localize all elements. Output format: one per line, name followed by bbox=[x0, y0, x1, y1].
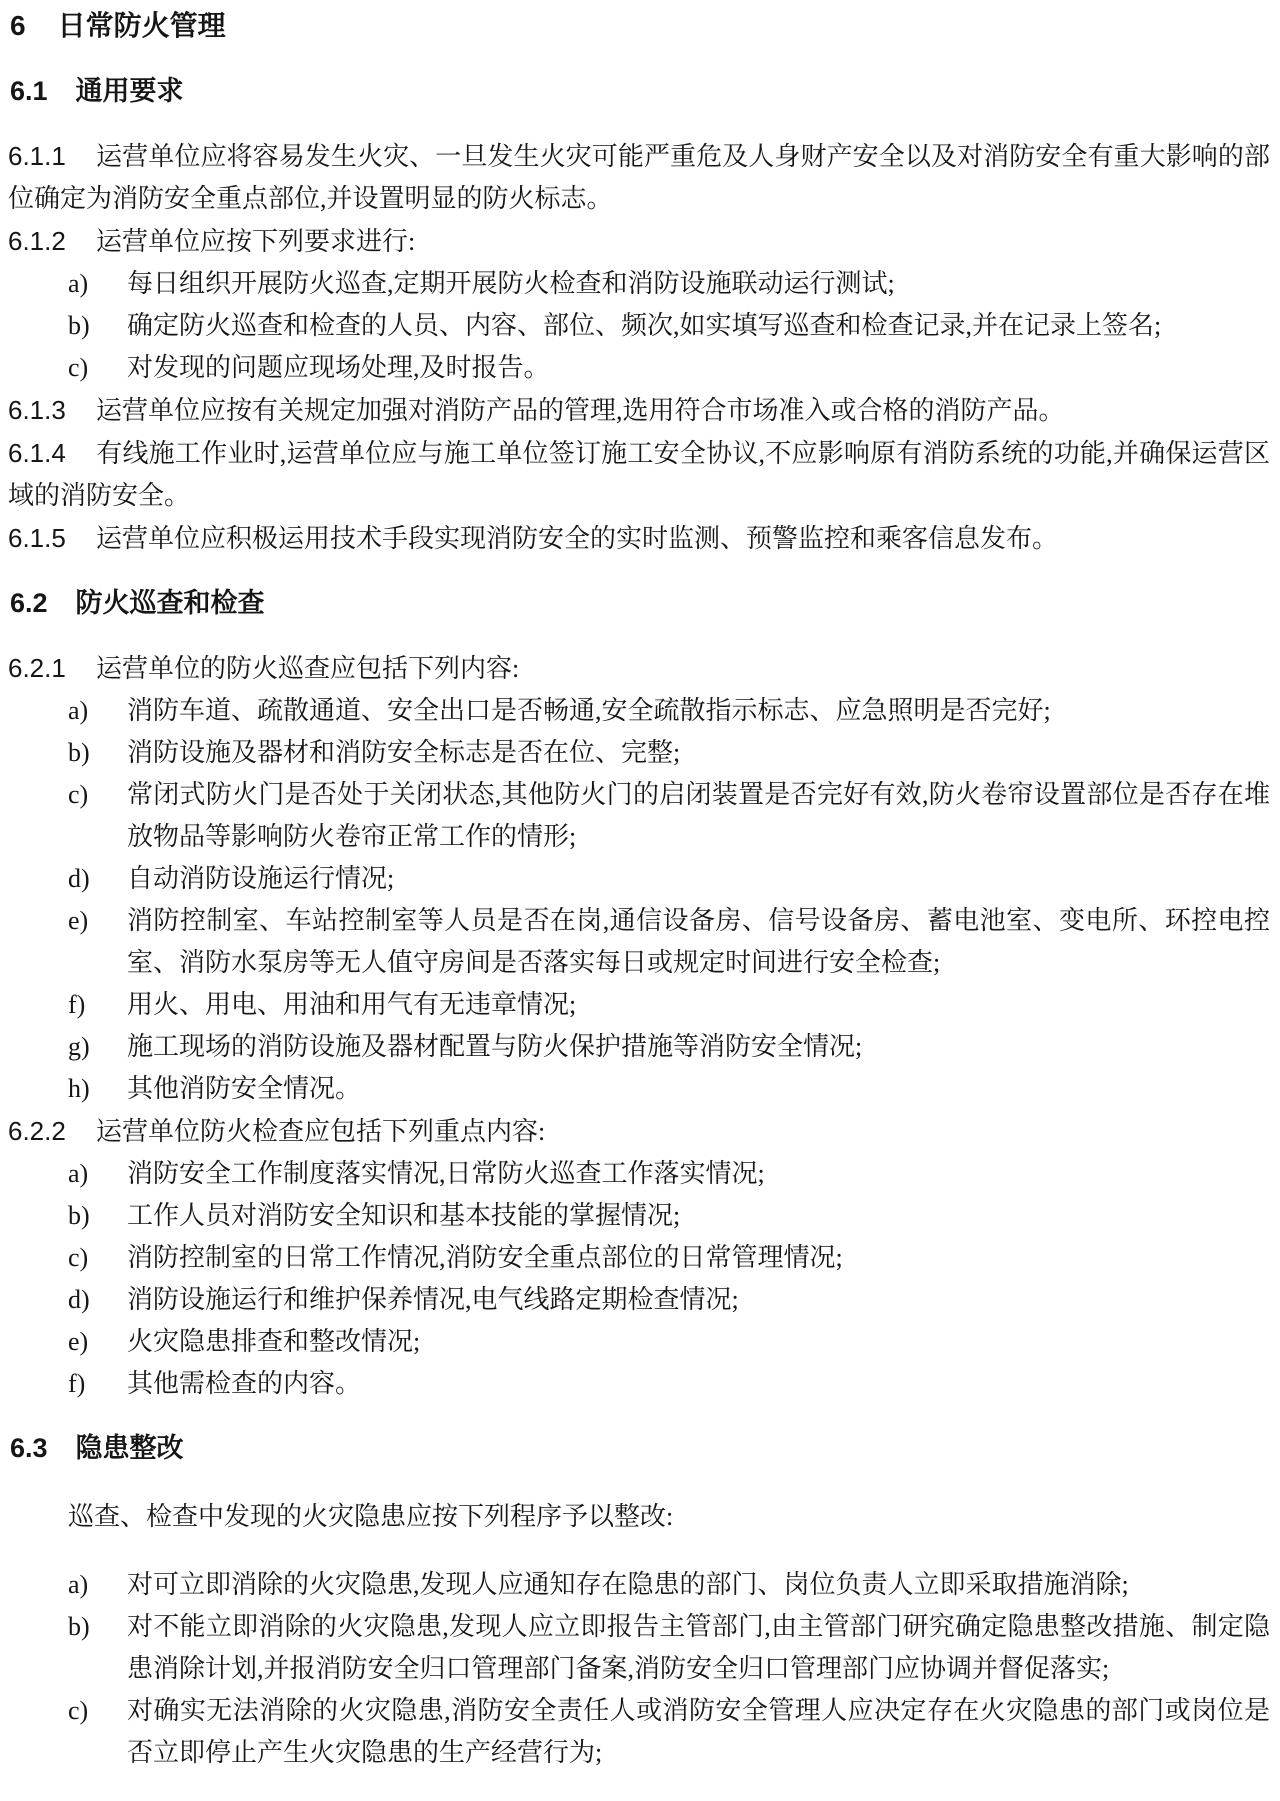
list-item-label: b) bbox=[68, 305, 127, 347]
section-6-1: 6.1 通用要求 6.1.1运营单位应将容易发生火灾、一旦发生火灾可能严重危及人… bbox=[8, 70, 1270, 560]
list-item-label: c) bbox=[68, 347, 127, 389]
list-item-label: g) bbox=[68, 1026, 127, 1068]
list-item-text: 用火、用电、用油和用气有无违章情况; bbox=[127, 984, 1270, 1026]
list-item: b) 确定防火巡查和检查的人员、内容、部位、频次,如实填写巡查和检查记录,并在记… bbox=[8, 305, 1270, 347]
list-item: c) 对确实无法消除的火灾隐患,消防安全责任人或消防安全管理人应决定存在火灾隐患… bbox=[8, 1690, 1270, 1774]
list-item-label: c) bbox=[68, 1690, 127, 1774]
section-title: 隐患整改 bbox=[76, 1427, 184, 1470]
list-item-text: 其他需检查的内容。 bbox=[127, 1363, 1270, 1405]
list-item-text: 确定防火巡查和检查的人员、内容、部位、频次,如实填写巡查和检查记录,并在记录上签… bbox=[127, 305, 1270, 347]
list-item-text: 对确实无法消除的火灾隐患,消防安全责任人或消防安全管理人应决定存在火灾隐患的部门… bbox=[127, 1690, 1270, 1774]
list-item: a) 对可立即消除的火灾隐患,发现人应通知存在隐患的部门、岗位负责人立即采取措施… bbox=[8, 1564, 1270, 1606]
clause-6-1-4: 6.1.4有线施工作业时,运营单位应与施工单位签订施工安全协议,不应影响原有消防… bbox=[8, 432, 1270, 517]
list-item-text: 火灾隐患排查和整改情况; bbox=[127, 1321, 1270, 1363]
list-item-text: 常闭式防火门是否处于关闭状态,其他防火门的启闭装置是否完好有效,防火卷帘设置部位… bbox=[127, 774, 1270, 858]
section-6-2: 6.2 防火巡查和检查 6.2.1运营单位的防火巡查应包括下列内容: a) 消防… bbox=[8, 582, 1270, 1405]
list-item: b) 消防设施及器材和消防安全标志是否在位、完整; bbox=[8, 732, 1270, 774]
list-item-text: 工作人员对消防安全知识和基本技能的掌握情况; bbox=[127, 1195, 1270, 1237]
list-item: c) 常闭式防火门是否处于关闭状态,其他防火门的启闭装置是否完好有效,防火卷帘设… bbox=[8, 774, 1270, 858]
list-item-label: b) bbox=[68, 732, 127, 774]
list-item-label: d) bbox=[68, 858, 127, 900]
clause-number: 6.1.2 bbox=[8, 220, 70, 262]
clause-number: 6.2.2 bbox=[8, 1110, 70, 1152]
list-item: c) 对发现的问题应现场处理,及时报告。 bbox=[8, 347, 1270, 389]
list-item: a) 每日组织开展防火巡查,定期开展防火检查和消防设施联动运行测试; bbox=[8, 263, 1270, 305]
list-item: b) 对不能立即消除的火灾隐患,发现人应立即报告主管部门,由主管部门研究确定隐患… bbox=[8, 1606, 1270, 1690]
list-item-label: a) bbox=[68, 1564, 127, 1606]
list-item-text: 消防控制室、车站控制室等人员是否在岗,通信设备房、信号设备房、蓄电池室、变电所、… bbox=[127, 900, 1270, 984]
section-heading: 6.1 通用要求 bbox=[10, 70, 1270, 113]
clause-6-1-1: 6.1.1运营单位应将容易发生火灾、一旦发生火灾可能严重危及人身财产安全以及对消… bbox=[8, 135, 1270, 220]
section-6-3: 6.3 隐患整改 巡查、检查中发现的火灾隐患应按下列程序予以整改: a) 对可立… bbox=[8, 1427, 1270, 1774]
list-item: d) 消防设施运行和维护保养情况,电气线路定期检查情况; bbox=[8, 1279, 1270, 1321]
clause-6-1-2: 6.1.2运营单位应按下列要求进行: bbox=[8, 220, 1270, 263]
list-item-text: 每日组织开展防火巡查,定期开展防火检查和消防设施联动运行测试; bbox=[127, 263, 1270, 305]
list-item: a) 消防安全工作制度落实情况,日常防火巡查工作落实情况; bbox=[8, 1153, 1270, 1195]
list-item-text: 对发现的问题应现场处理,及时报告。 bbox=[127, 347, 1270, 389]
list-item-label: c) bbox=[68, 1237, 127, 1279]
chapter-title: 日常防火管理 bbox=[58, 4, 226, 48]
list-item-text: 消防设施运行和维护保养情况,电气线路定期检查情况; bbox=[127, 1279, 1270, 1321]
list-item-label: b) bbox=[68, 1606, 127, 1690]
chapter-heading: 6 日常防火管理 bbox=[10, 4, 1270, 48]
list-item-label: a) bbox=[68, 263, 127, 305]
list-item-label: d) bbox=[68, 1279, 127, 1321]
list-item-text: 消防控制室的日常工作情况,消防安全重点部位的日常管理情况; bbox=[127, 1237, 1270, 1279]
chapter-number: 6 bbox=[10, 4, 26, 48]
list-item-label: e) bbox=[68, 900, 127, 984]
clause-number: 6.2.1 bbox=[8, 647, 70, 689]
list-item-text: 消防车道、疏散通道、安全出口是否畅通,安全疏散指示标志、应急照明是否完好; bbox=[127, 690, 1270, 732]
list-item-text: 施工现场的消防设施及器材配置与防火保护措施等消防安全情况; bbox=[127, 1026, 1270, 1068]
clause-text: 运营单位应将容易发生火灾、一旦发生火灾可能严重危及人身财产安全以及对消防安全有重… bbox=[8, 142, 1270, 213]
clause-text: 运营单位应积极运用技术手段实现消防安全的实时监测、预警监控和乘客信息发布。 bbox=[96, 524, 1058, 553]
section-heading: 6.3 隐患整改 bbox=[10, 1427, 1270, 1470]
clause-text: 运营单位应按下列要求进行: bbox=[96, 227, 415, 256]
list-item: g) 施工现场的消防设施及器材配置与防火保护措施等消防安全情况; bbox=[8, 1026, 1270, 1068]
list-item: e) 消防控制室、车站控制室等人员是否在岗,通信设备房、信号设备房、蓄电池室、变… bbox=[8, 900, 1270, 984]
list-item-text: 其他消防安全情况。 bbox=[127, 1068, 1270, 1110]
section-number: 6.1 bbox=[10, 70, 48, 113]
list-item: h) 其他消防安全情况。 bbox=[8, 1068, 1270, 1110]
list-item: e) 火灾隐患排查和整改情况; bbox=[8, 1321, 1270, 1363]
list-item: a) 消防车道、疏散通道、安全出口是否畅通,安全疏散指示标志、应急照明是否完好; bbox=[8, 690, 1270, 732]
list-item-text: 自动消防设施运行情况; bbox=[127, 858, 1270, 900]
list-item: f) 用火、用电、用油和用气有无违章情况; bbox=[8, 984, 1270, 1026]
list-item-text: 消防设施及器材和消防安全标志是否在位、完整; bbox=[127, 732, 1270, 774]
rectification-intro-paragraph: 巡查、检查中发现的火灾隐患应按下列程序予以整改: bbox=[68, 1496, 1270, 1538]
list-item-label: h) bbox=[68, 1068, 127, 1110]
list-item-label: e) bbox=[68, 1321, 127, 1363]
clause-text: 有线施工作业时,运营单位应与施工单位签订施工安全协议,不应影响原有消防系统的功能… bbox=[8, 439, 1270, 510]
clause-text: 运营单位应按有关规定加强对消防产品的管理,选用符合市场准入或合格的消防产品。 bbox=[96, 396, 1065, 425]
list-item-text: 消防安全工作制度落实情况,日常防火巡查工作落实情况; bbox=[127, 1153, 1270, 1195]
clause-number: 6.1.1 bbox=[8, 135, 70, 177]
list-item-label: b) bbox=[68, 1195, 127, 1237]
section-number: 6.3 bbox=[10, 1427, 48, 1470]
section-number: 6.2 bbox=[10, 582, 48, 625]
clause-6-2-2: 6.2.2运营单位防火检查应包括下列重点内容: bbox=[8, 1110, 1270, 1153]
section-title: 防火巡查和检查 bbox=[76, 582, 265, 625]
clause-text: 运营单位防火检查应包括下列重点内容: bbox=[96, 1117, 545, 1146]
list-item-label: f) bbox=[68, 1363, 127, 1405]
clause-6-1-5: 6.1.5运营单位应积极运用技术手段实现消防安全的实时监测、预警监控和乘客信息发… bbox=[8, 517, 1270, 560]
clause-number: 6.1.3 bbox=[8, 389, 70, 431]
list-item: d) 自动消防设施运行情况; bbox=[8, 858, 1270, 900]
list-item: c) 消防控制室的日常工作情况,消防安全重点部位的日常管理情况; bbox=[8, 1237, 1270, 1279]
list-item-label: a) bbox=[68, 690, 127, 732]
section-title: 通用要求 bbox=[76, 70, 184, 113]
list-item-label: f) bbox=[68, 984, 127, 1026]
list-item-text: 对可立即消除的火灾隐患,发现人应通知存在隐患的部门、岗位负责人立即采取措施消除; bbox=[127, 1564, 1270, 1606]
document-page: 6 日常防火管理 6.1 通用要求 6.1.1运营单位应将容易发生火灾、一旦发生… bbox=[0, 0, 1280, 1801]
clause-number: 6.1.4 bbox=[8, 432, 70, 474]
clause-6-1-3: 6.1.3运营单位应按有关规定加强对消防产品的管理,选用符合市场准入或合格的消防… bbox=[8, 389, 1270, 432]
clause-text: 运营单位的防火巡查应包括下列内容: bbox=[96, 654, 519, 683]
list-item-label: a) bbox=[68, 1153, 127, 1195]
list-item-label: c) bbox=[68, 774, 127, 858]
list-item: f) 其他需检查的内容。 bbox=[8, 1363, 1270, 1405]
clause-number: 6.1.5 bbox=[8, 517, 70, 559]
list-item: b) 工作人员对消防安全知识和基本技能的掌握情况; bbox=[8, 1195, 1270, 1237]
list-item-text: 对不能立即消除的火灾隐患,发现人应立即报告主管部门,由主管部门研究确定隐患整改措… bbox=[127, 1606, 1270, 1690]
section-heading: 6.2 防火巡查和检查 bbox=[10, 582, 1270, 625]
clause-6-2-1: 6.2.1运营单位的防火巡查应包括下列内容: bbox=[8, 647, 1270, 690]
